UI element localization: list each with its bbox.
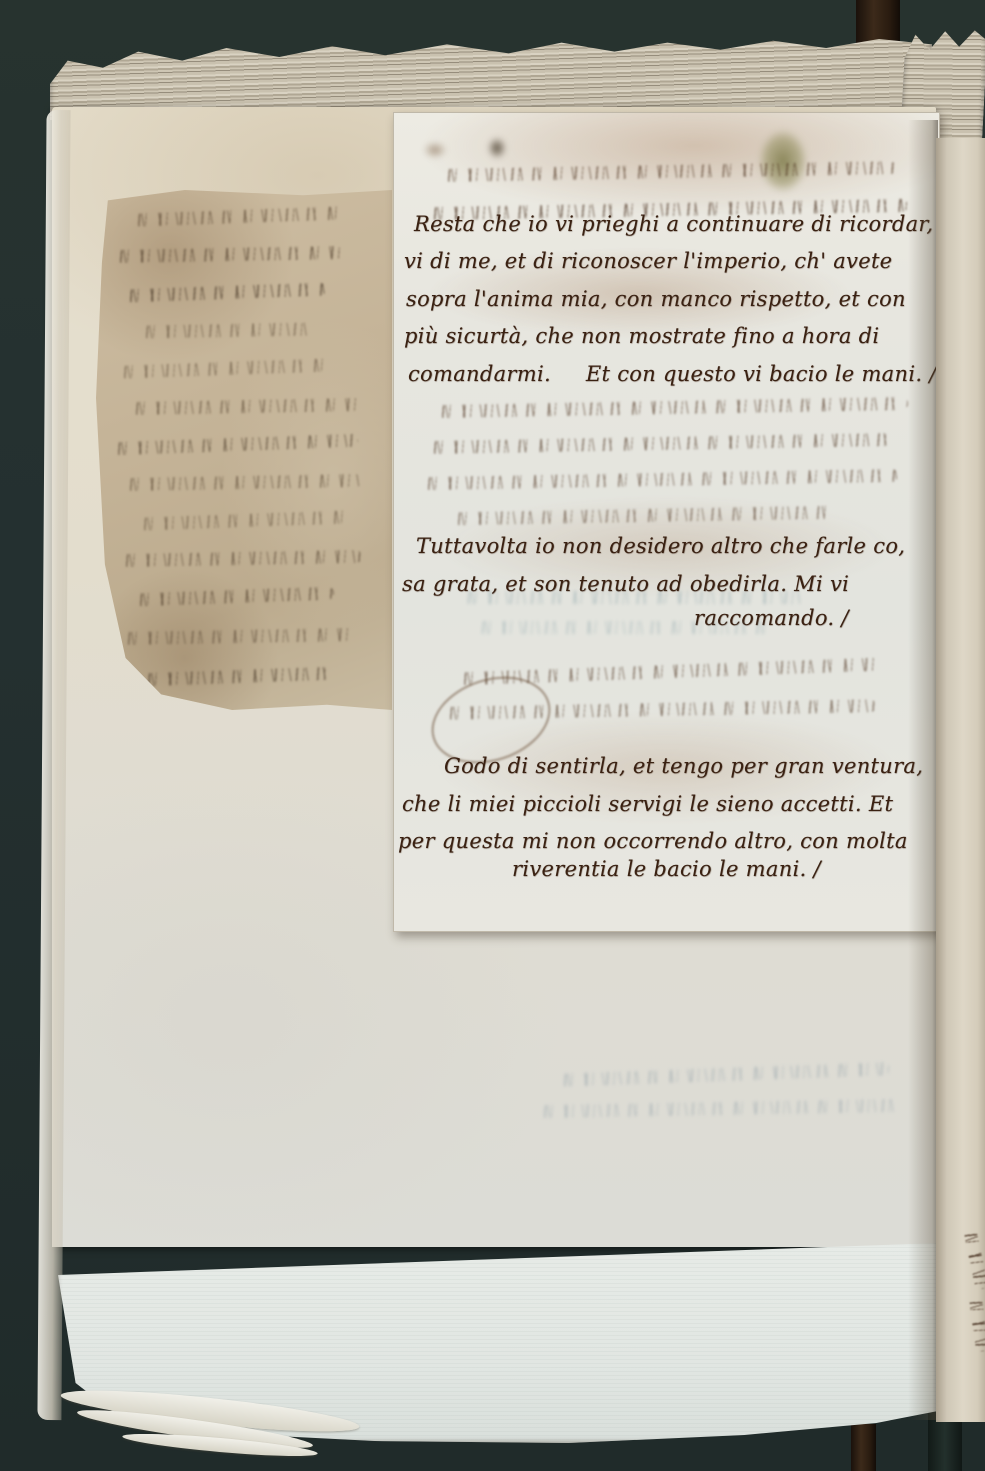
ghost-line xyxy=(454,506,834,526)
ghost-line xyxy=(136,587,334,607)
ghost-line xyxy=(116,246,342,263)
ghost-line xyxy=(144,667,330,686)
ghost-line xyxy=(963,1229,985,1290)
ghost-line xyxy=(124,628,354,645)
ghost-line xyxy=(126,283,326,303)
letter-text-line: Resta che io vi prieghi a continuare di … xyxy=(414,212,933,236)
letter-text-line: più sicurtà, che non mostrate fino a hor… xyxy=(404,324,879,348)
torn-fragment-page xyxy=(96,190,392,710)
ghost-line xyxy=(142,323,312,339)
letter-text-line: Tuttavolta io non desidero altro che far… xyxy=(416,534,905,558)
ghost-line xyxy=(430,433,890,454)
facing-page-strip xyxy=(936,138,985,1422)
letter-text-line: che li miei piccioli servigi le sieno ac… xyxy=(402,792,893,816)
letter-text-line: riverentia le bacio le mani. / xyxy=(512,857,821,881)
ghost-line xyxy=(114,434,358,456)
manuscript-photo: Resta che io vi prieghi a continuare di … xyxy=(0,0,985,1471)
ink-spot-stain xyxy=(484,133,510,163)
ghost-line xyxy=(969,1297,985,1352)
letter-text-line: per questa mi non occorrendo altro, con … xyxy=(398,829,908,853)
ghost-line xyxy=(120,358,334,378)
letter-text-line: sopra l'anima mia, con manco rispetto, e… xyxy=(406,287,906,311)
binding-strap-bottom xyxy=(851,1424,876,1471)
ghost-writing-faint xyxy=(464,591,804,604)
ghost-line xyxy=(132,398,362,415)
green-stain xyxy=(752,121,814,201)
ghost-line xyxy=(424,469,898,490)
ghost-line xyxy=(134,206,346,226)
ghost-line xyxy=(126,474,362,491)
ghost-writing-faint xyxy=(478,621,778,634)
ghost-line xyxy=(444,161,896,182)
letter-text-line: vi di me, et di riconoscer l'imperio, ch… xyxy=(404,249,892,273)
letter-text-line: comandarmi. Et con questo vi bacio le ma… xyxy=(408,362,937,386)
smudge-stain xyxy=(420,139,450,161)
letter-text-line: Godo di sentirla, et tengo per gran vent… xyxy=(444,754,923,778)
ghost-line xyxy=(438,397,908,418)
letter-leaf: Resta che io vi prieghi a continuare di … xyxy=(393,112,940,932)
ghost-line xyxy=(140,510,350,530)
gutter-shadow xyxy=(908,120,938,1420)
ghost-line xyxy=(122,550,362,567)
